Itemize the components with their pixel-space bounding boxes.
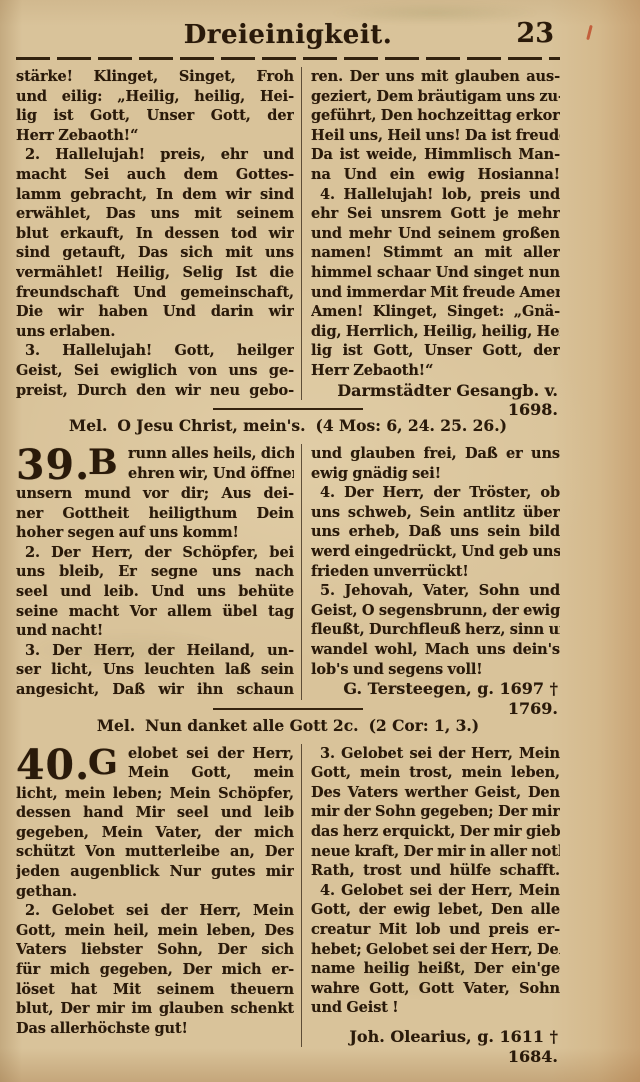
text-line: lig ist Gott, Unser Gott, der <box>311 341 560 361</box>
text-line: 5. Jehovah, Vater, Sohn und <box>311 581 560 601</box>
hymn-39-melody-line: Mel.O Jesu Christ, mein's.(4 Mos: 6, 24.… <box>16 414 560 437</box>
right-column: und glauben frei, Daß er unsewig gnädig … <box>302 444 560 700</box>
text-line: freundschaft Und gemeinschaft, <box>16 283 294 303</box>
text-line: uns erlaben. <box>16 322 294 342</box>
text-line: 3. Gelobet sei der Herr, Mein <box>311 744 560 764</box>
hymn-number: 40. <box>16 741 90 789</box>
section-divider-rule <box>213 708 363 710</box>
hymn-39: 39. B runn alles heils, dichehren wir, U… <box>16 444 560 700</box>
text-line: lig ist Gott, Unser Gott, der <box>16 106 294 126</box>
right-column-lines: und glauben frei, Daß er unsewig gnädig … <box>311 444 560 679</box>
text-line: blut, Der mir im glauben schenkt <box>16 999 294 1019</box>
text-line: geziert, Dem bräutigam uns zu- <box>311 87 560 107</box>
text-line: na Und ein ewig Hosianna! <box>311 165 560 185</box>
header-rule <box>16 57 560 60</box>
text-line: jeden augenblick Nur gutes mir <box>16 862 294 882</box>
scripture-reference: (4 Mos: 6, 24. 25. 26.) <box>315 416 506 435</box>
text-line: wahre Gott, Gott Vater, Sohn <box>311 979 560 999</box>
drop-cap-initial: B <box>88 442 118 483</box>
text-line: uns erheb, Daß uns sein bild <box>311 522 560 542</box>
hymn-39-attribution: G. Tersteegen, g. 1697 † 1769. <box>311 679 560 699</box>
hymn-38-continuation: stärke! Klinget, Singet, Frohund eilig: … <box>16 67 560 400</box>
text-line: gegeben, Mein Vater, der mich <box>16 823 294 843</box>
hymn-number: 39. <box>16 441 90 489</box>
text-line: Des Vaters werther Geist, Den <box>311 783 560 803</box>
text-line: macht Sei auch dem Gottes- <box>16 165 294 185</box>
text-line: 3. Der Herr, der Heiland, un- <box>16 641 294 661</box>
left-column-lines: licht, mein leben; Mein Schöpfer,dessen … <box>16 784 294 1039</box>
text-line: 4. Gelobet sei der Herr, Mein <box>311 881 560 901</box>
text-line: himmel schaar Und singet nun <box>311 263 560 283</box>
text-line: ehren wir, Und öffnen <box>128 464 294 484</box>
page-header: Dreieinigkeit. 23 <box>16 12 560 56</box>
text-line: fleußt, Durchfleuß herz, sinn und <box>311 620 560 640</box>
melody-title: Nun danket alle Gott 2c. <box>145 716 358 735</box>
text-line: und nacht! <box>16 621 294 641</box>
page-number: 23 <box>516 18 554 49</box>
text-line: blut erkauft, In dessen tod wir <box>16 224 294 244</box>
text-line: ehr Sei unsrem Gott je mehr <box>311 204 560 224</box>
text-line: 3. Hallelujah! Gott, heilger <box>16 341 294 361</box>
text-line: 4. Der Herr, der Tröster, ob <box>311 483 560 503</box>
text-line: mir der Sohn gegeben; Der mir <box>311 802 560 822</box>
hymn-40-melody-line: Mel.Nun danket alle Gott 2c.(2 Cor: 1, 3… <box>16 714 560 737</box>
text-line: seine macht Vor allem übel tag <box>16 602 294 622</box>
text-line: und Geist ! <box>311 998 560 1018</box>
text-line: dig, Herrlich, Heilig, heilig, Hei- <box>311 322 560 342</box>
text-line: Mein Gott, mein <box>128 763 294 783</box>
text-line: das herz erquickt, Der mir giebt <box>311 822 560 842</box>
text-line: Die wir haben Und darin wir <box>16 302 294 322</box>
text-line: und immerdar Mit freude Amen, <box>311 283 560 303</box>
left-column: stärke! Klinget, Singet, Frohund eilig: … <box>16 67 302 400</box>
text-line: name heilig heißt, Der ein'ge <box>311 959 560 979</box>
hymn-40-opening: 40. G elobet sei der Herr,Mein Gott, mei… <box>16 744 294 784</box>
drop-cap-initial: G <box>88 742 118 783</box>
text-line: Rath, trost und hülfe schafft. <box>311 861 560 881</box>
melody-title: O Jesu Christ, mein's. <box>117 416 305 435</box>
text-line: hoher segen auf uns komm! <box>16 523 294 543</box>
text-line: Geist, Sei ewiglich von uns ge- <box>16 361 294 381</box>
text-line: Gott, der ewig lebet, Den alle <box>311 900 560 920</box>
text-line: creatur Mit lob und preis er- <box>311 920 560 940</box>
red-ink-mark <box>586 25 593 40</box>
text-line: hebet; Gelobet sei der Herr, Deß <box>311 940 560 960</box>
left-column: 40. G elobet sei der Herr,Mein Gott, mei… <box>16 744 302 1047</box>
text-line: und mehr Und seinem großen <box>311 224 560 244</box>
right-column: ren. Der uns mit glauben aus-geziert, De… <box>302 67 560 400</box>
scripture-reference: (2 Cor: 1, 3.) <box>369 716 480 735</box>
text-line: sind getauft, Das sich mit uns <box>16 243 294 263</box>
text-line: seel und leib. Und uns behüte <box>16 582 294 602</box>
text-line: uns schweb, Sein antlitz über <box>311 503 560 523</box>
text-line: erwählet, Das uns mit seinem <box>16 204 294 224</box>
text-line: Geist, O segensbrunn, der ewig <box>311 601 560 621</box>
right-column: 3. Gelobet sei der Herr, MeinGott, mein … <box>302 744 560 1047</box>
section-divider-rule <box>213 408 363 410</box>
text-line: preist, Durch den wir neu gebo- <box>16 381 294 401</box>
hymnal-page-scan: Dreieinigkeit. 23 stärke! Klinget, Singe… <box>0 0 640 1082</box>
text-line: Amen! Klinget, Singet: „Gnä- <box>311 302 560 322</box>
text-line: ren. Der uns mit glauben aus- <box>311 67 560 87</box>
page-content: Dreieinigkeit. 23 stärke! Klinget, Singe… <box>16 12 560 1047</box>
left-column: 39. B runn alles heils, dichehren wir, U… <box>16 444 302 700</box>
text-line: 2. Gelobet sei der Herr, Mein <box>16 901 294 921</box>
text-line: stärke! Klinget, Singet, Froh <box>16 67 294 87</box>
text-line: und glauben frei, Daß er uns <box>311 444 560 464</box>
text-line: Da ist weide, Himmlisch Man- <box>311 145 560 165</box>
text-line: wandel wohl, Mach uns dein's <box>311 640 560 660</box>
text-line: ser licht, Uns leuchten laß sein <box>16 660 294 680</box>
hymn-40: 40. G elobet sei der Herr,Mein Gott, mei… <box>16 744 560 1047</box>
opening-lines: runn alles heils, dichehren wir, Und öff… <box>128 444 294 483</box>
text-line: 2. Der Herr, der Schöpfer, bei <box>16 543 294 563</box>
melody-label: Mel. <box>97 716 135 735</box>
text-line: Herr Zebaoth!“ <box>16 126 294 146</box>
hymn-40-attribution: Joh. Olearius, g. 1611 † 1684. <box>311 1027 560 1047</box>
text-line: 2. Hallelujah! preis, ehr und <box>16 145 294 165</box>
text-line: frieden unverrückt! <box>311 562 560 582</box>
opening-lines: elobet sei der Herr,Mein Gott, mein <box>128 744 294 783</box>
text-line: gethan. <box>16 882 294 902</box>
text-line: namen! Stimmt an mit aller <box>311 243 560 263</box>
text-line: ner Gottheit heiligthum Dein <box>16 504 294 524</box>
left-column-lines: unsern mund vor dir; Aus dei-ner Gotthei… <box>16 484 294 700</box>
text-line: für mich gegeben, Der mich er- <box>16 960 294 980</box>
right-column-lines: ren. Der uns mit glauben aus-geziert, De… <box>311 67 560 381</box>
text-line: runn alles heils, dich <box>128 444 294 464</box>
hymn-38-attribution: Darmstädter Gesangb. v. 1698. <box>311 381 560 401</box>
text-line: uns bleib, Er segne uns nach <box>16 562 294 582</box>
running-head: Dreieinigkeit. <box>16 20 560 50</box>
text-line: elobet sei der Herr, <box>128 744 294 764</box>
text-line: werd eingedrückt, Und geb uns <box>311 542 560 562</box>
text-line: schützt Von mutterleibe an, Der <box>16 842 294 862</box>
text-line: Herr Zebaoth!“ <box>311 361 560 381</box>
text-line: lamm gebracht, In dem wir sind <box>16 185 294 205</box>
text-line: Vaters liebster Sohn, Der sich <box>16 940 294 960</box>
text-line: 4. Hallelujah! lob, preis und <box>311 185 560 205</box>
text-line: ewig gnädig sei! <box>311 464 560 484</box>
melody-label: Mel. <box>69 416 107 435</box>
text-line: und eilig: „Heilig, heilig, Hei- <box>16 87 294 107</box>
text-line: dessen hand Mir seel und leib <box>16 803 294 823</box>
text-line: Gott, mein trost, mein leben, <box>311 763 560 783</box>
text-line: neue kraft, Der mir in aller noth <box>311 842 560 862</box>
right-column-lines: 3. Gelobet sei der Herr, MeinGott, mein … <box>311 744 560 1018</box>
text-line: löset hat Mit seinem theuern <box>16 980 294 1000</box>
text-line: Gott, mein heil, mein leben, Des <box>16 921 294 941</box>
text-line: Das allerhöchste gut! <box>16 1019 294 1039</box>
text-line: geführt, Den hochzeittag erkoren! <box>311 106 560 126</box>
hymn-39-opening: 39. B runn alles heils, dichehren wir, U… <box>16 444 294 484</box>
text-line: lob's und segens voll! <box>311 660 560 680</box>
text-line: Heil uns, Heil uns! Da ist freude, <box>311 126 560 146</box>
text-line: vermählet! Heilig, Selig Ist die <box>16 263 294 283</box>
text-line: angesicht, Daß wir ihn schaun <box>16 680 294 700</box>
